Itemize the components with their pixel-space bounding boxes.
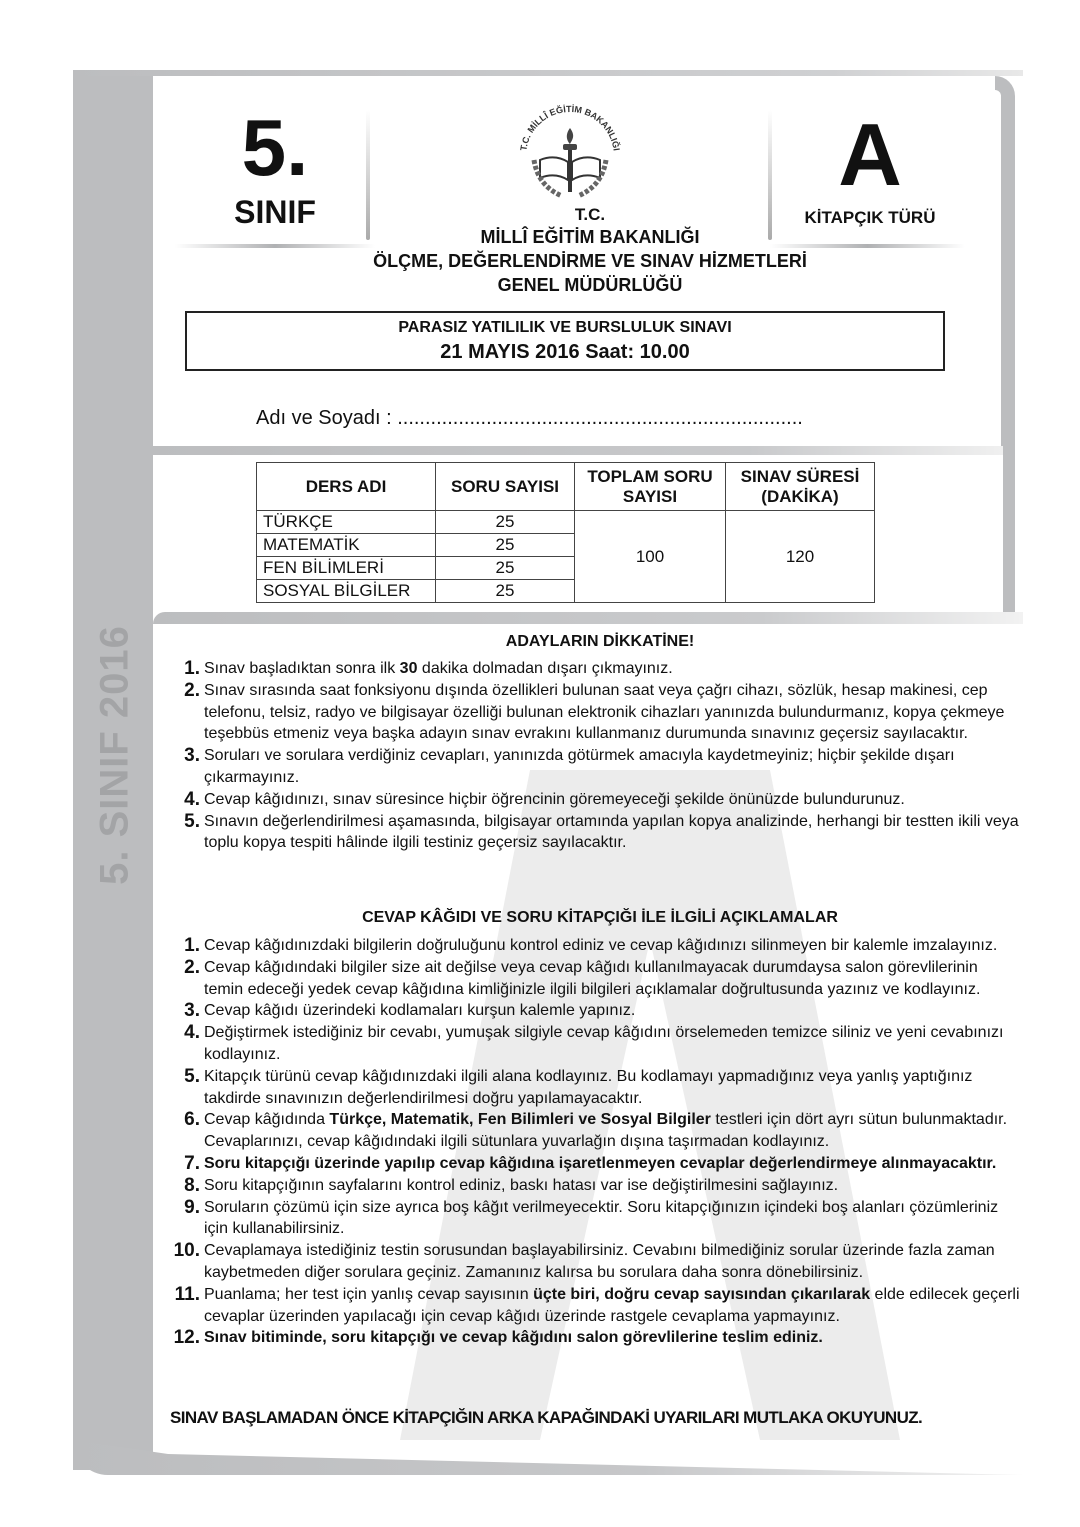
item-text: Cevap kâğıdınızdaki bilgilerin doğruluğu… (204, 937, 997, 954)
item-number: 8. (170, 1175, 200, 1197)
item-text: Cevap kâğıdınızı, sınav süresince hiçbir… (204, 791, 905, 808)
ministry-line-1: T.C. (300, 205, 880, 225)
subject-name: MATEMATİK (257, 534, 436, 557)
final-warning: SINAV BAŞLAMADAN ÖNCE KİTAPÇIĞIN ARKA KA… (170, 1408, 1030, 1428)
exam-date-time: 21 MAYIS 2016 Saat: 10.00 (187, 341, 943, 364)
item-number: 2. (170, 680, 200, 702)
attention-title: ADAYLARIN DİKKATİNE! (170, 633, 1030, 651)
item-text: Soruların çözümü için size ayrıca boş kâ… (204, 1199, 998, 1238)
item-text: Cevap kâğıdında Türkçe, Matematik, Fen B… (204, 1111, 1007, 1150)
subject-name: SOSYAL BİLGİLER (257, 580, 436, 603)
item-text: Sınav başladıktan sonra ilk 30 dakika do… (204, 660, 673, 677)
subject-count: 25 (436, 580, 575, 603)
item-number: 2. (170, 957, 200, 979)
list-item: 4.Değiştirmek istediğiniz bir cevabı, yu… (170, 1022, 1020, 1066)
name-field-dots[interactable]: ........................................… (397, 407, 803, 429)
exam-name: PARASIZ YATILILIK VE BURSLULUK SINAVI (187, 319, 943, 337)
item-text: Sınav sırasında saat fonksiyonu dışında … (204, 682, 1004, 743)
item-number: 5. (170, 1066, 200, 1088)
ministry-title: T.C. MİLLÎ EĞİTİM BAKANLIĞI ÖLÇME, DEĞER… (300, 205, 880, 297)
list-item: 11.Puanlama; her test için yanlış cevap … (170, 1284, 1020, 1328)
exam-duration: 120 (726, 511, 875, 603)
subject-name: TÜRKÇE (257, 511, 436, 534)
item-number: 3. (170, 745, 200, 767)
header-total-questions: TOPLAM SORU SAYISI (575, 463, 726, 511)
table-header-row: DERS ADI SORU SAYISI TOPLAM SORU SAYISI … (257, 463, 875, 511)
attention-list: 1.Sınav başladıktan sonra ilk 30 dakika … (170, 658, 1020, 854)
subject-count: 25 (436, 534, 575, 557)
side-label: 5. SINIF 2016 (75, 610, 155, 900)
ministry-line-3: ÖLÇME, DEĞERLENDİRME VE SINAV HİZMETLERİ (300, 249, 880, 273)
ministry-line-4: GENEL MÜDÜRLÜĞÜ (300, 273, 880, 297)
item-text: Cevap kâğıdındaki bilgiler size ait deği… (204, 959, 980, 998)
side-label-text: 5. SINIF 2016 (93, 625, 138, 885)
grade-number: 5. (200, 108, 350, 188)
item-number: 12. (170, 1327, 200, 1349)
item-text: Soru kitapçığının sayfalarını kontrol ed… (204, 1177, 838, 1194)
header-duration: SINAV SÜRESİ (DAKİKA) (726, 463, 875, 511)
item-number: 5. (170, 811, 200, 833)
item-number: 7. (170, 1153, 200, 1175)
item-number: 11. (170, 1284, 200, 1306)
total-questions: 100 (575, 511, 726, 603)
subject-count: 25 (436, 557, 575, 580)
item-number: 9. (170, 1197, 200, 1219)
subject-name: FEN BİLİMLERİ (257, 557, 436, 580)
subject-count: 25 (436, 511, 575, 534)
exam-info-box: PARASIZ YATILILIK VE BURSLULUK SINAVI 21… (185, 311, 945, 371)
list-item: 10.Cevaplamaya istediğiniz testin sorusu… (170, 1240, 1020, 1284)
list-item: 9.Soruların çözümü için size ayrıca boş … (170, 1197, 1020, 1241)
item-number: 4. (170, 1022, 200, 1044)
name-field-label: Adı ve Soyadı : (256, 407, 392, 429)
list-item: 5.Sınavın değerlendirilmesi aşamasında, … (170, 811, 1020, 855)
list-item: 3.Soruları ve sorulara verdiğiniz cevapl… (170, 745, 1020, 789)
list-item: 8.Soru kitapçığının sayfalarını kontrol … (170, 1175, 1020, 1197)
list-item: 2.Cevap kâğıdındaki bilgiler size ait de… (170, 957, 1020, 1001)
header-question-count: SORU SAYISI (436, 463, 575, 511)
item-text: Cevaplamaya istediğiniz testin sorusunda… (204, 1242, 995, 1281)
list-item: 1.Sınav başladıktan sonra ilk 30 dakika … (170, 658, 1020, 680)
item-number: 6. (170, 1109, 200, 1131)
booklet-letter: A (790, 110, 950, 200)
list-item: 7.Soru kitapçığı üzerinde yapılıp cevap … (170, 1153, 1020, 1175)
table-row: TÜRKÇE 25 100 120 (257, 511, 875, 534)
item-text: Soruları ve sorulara verdiğiniz cevaplar… (204, 747, 955, 786)
item-text: Sınav bitiminde, soru kitapçığı ve cevap… (204, 1329, 823, 1346)
item-text: Soru kitapçığı üzerinde yapılıp cevap kâ… (204, 1155, 996, 1172)
list-item: 6.Cevap kâğıdında Türkçe, Matematik, Fen… (170, 1109, 1020, 1153)
item-text: Değiştirmek istediğiniz bir cevabı, yumu… (204, 1024, 1003, 1063)
answer-sheet-list: 1.Cevap kâğıdınızdaki bilgilerin doğrulu… (170, 935, 1020, 1349)
list-item: 12.Sınav bitiminde, soru kitapçığı ve ce… (170, 1327, 1020, 1349)
item-text: Puanlama; her test için yanlış cevap say… (204, 1286, 1020, 1325)
ministry-line-2: MİLLÎ EĞİTİM BAKANLIĞI (300, 225, 880, 249)
list-item: 5.Kitapçık türünü cevap kâğıdınızdaki il… (170, 1066, 1020, 1110)
subjects-table: DERS ADI SORU SAYISI TOPLAM SORU SAYISI … (256, 462, 875, 603)
list-item: 2.Sınav sırasında saat fonksiyonu dışınd… (170, 680, 1020, 745)
item-number: 1. (170, 935, 200, 957)
answer-sheet-title: CEVAP KÂĞIDI VE SORU KİTAPÇIĞI İLE İLGİL… (170, 909, 1030, 927)
list-item: 1.Cevap kâğıdınızdaki bilgilerin doğrulu… (170, 935, 1020, 957)
item-number: 3. (170, 1000, 200, 1022)
item-number: 4. (170, 789, 200, 811)
list-item: 4.Cevap kâğıdınızı, sınav süresince hiçb… (170, 789, 1020, 811)
item-text: Kitapçık türünü cevap kâğıdınızdaki ilgi… (204, 1068, 972, 1107)
item-text: Sınavın değerlendirilmesi aşamasında, bi… (204, 813, 1019, 852)
candidate-name-field[interactable]: Adı ve Soyadı : ........................… (256, 407, 803, 430)
item-text: Cevap kâğıdı üzerindeki kodlamaları kurş… (204, 1002, 635, 1019)
ministry-logo-icon: T.C. MİLLÎ EĞİTİM BAKANLIĞI (512, 98, 628, 206)
header-subject: DERS ADI (257, 463, 436, 511)
item-number: 10. (170, 1240, 200, 1262)
item-number: 1. (170, 658, 200, 680)
list-item: 3.Cevap kâğıdı üzerindeki kodlamaları ku… (170, 1000, 1020, 1022)
